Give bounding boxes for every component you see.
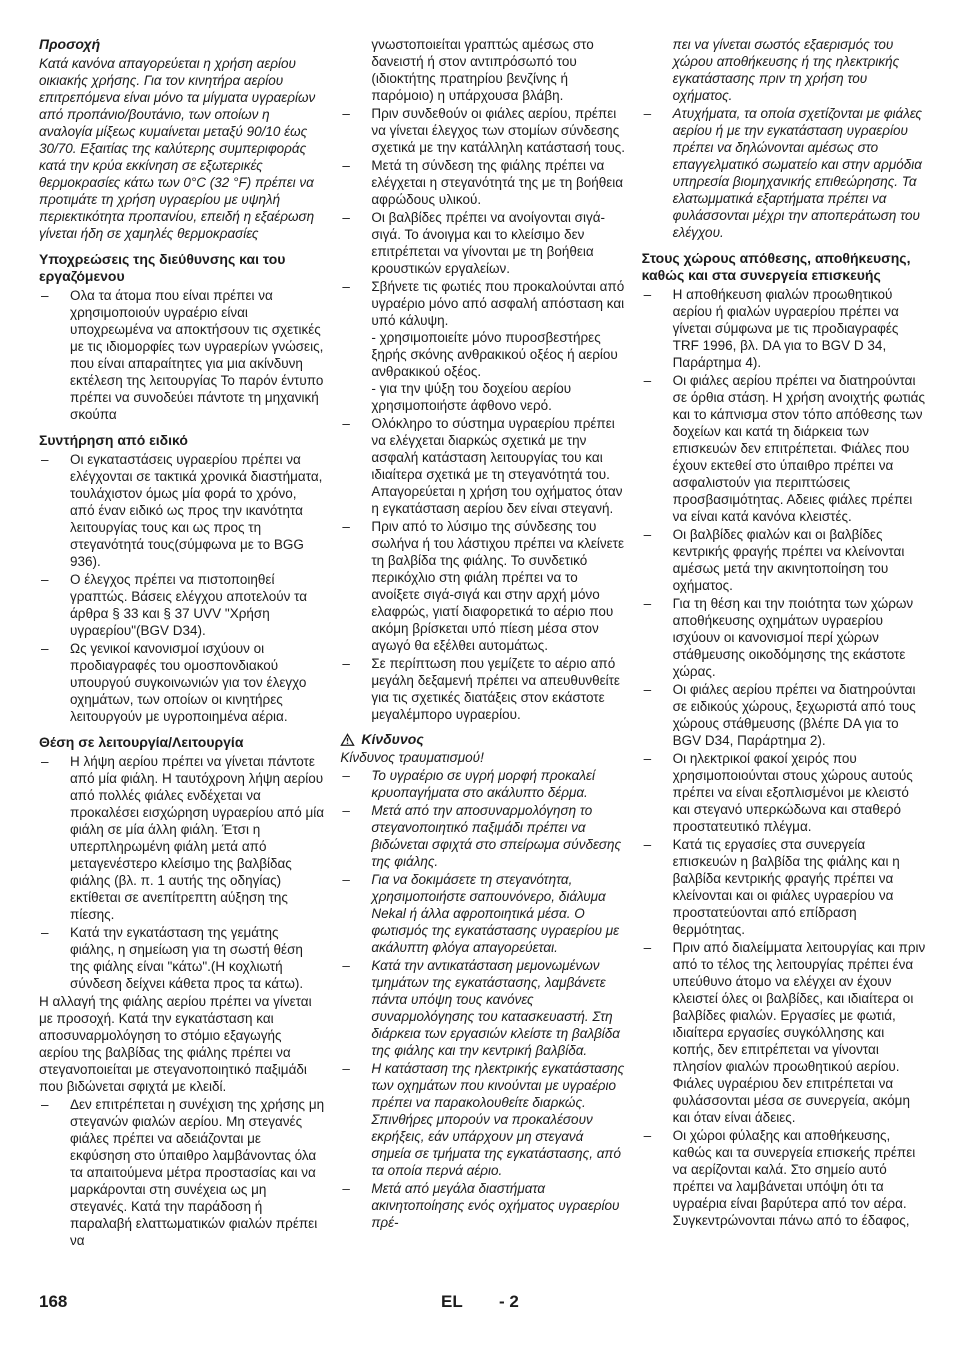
section-heading: Στους χώρους απόθεσης, αποθήκευσης, καθώ… [642, 250, 927, 284]
list-item-text: Για να δοκιμάσετε τη στεγανότητα, χρησιμ… [371, 872, 619, 955]
list-item-text: γνωστοποιείται γραπτώς αμέσως στο δανεισ… [371, 37, 593, 103]
section-heading: Συντήρηση από ειδικό [39, 432, 324, 449]
warning-triangle-icon [340, 733, 355, 747]
section-heading-label: Συντήρηση από ειδικό [39, 432, 188, 448]
text-column-1: ΠροσοχήΚατά κανόνα απαγορεύεται η χρήση … [39, 36, 324, 1250]
list-item: Ολα τα άτομα που είναι πρέπει να χρησιμο… [39, 287, 324, 423]
list-item: Ως γενικοί κανονισμοί ισχύουν οι προδιαγ… [39, 640, 324, 725]
section-heading-label: Υποχρεώσεις της διεύθυνσης και του εργαζ… [39, 251, 285, 284]
list-item-text: Σε περίπτωση που γεμίζετε το αέριο από μ… [371, 656, 620, 722]
list-item: Το υγραέριο σε υγρή μορφή προκαλεί κρυοπ… [340, 767, 625, 801]
list-item-text: Οι ηλεκτρικοί φακοί χειρός που χρησιμοπο… [673, 751, 913, 834]
list-item-text: Ολόκληρο το σύστημα υγραερίου πρέπει να … [371, 416, 622, 516]
text-column-3: πει να γίνεται σωστός εξαερισμός του χώρ… [642, 36, 927, 1250]
list-item-continuation: γνωστοποιείται γραπτώς αμέσως στο δανεισ… [340, 36, 625, 104]
list-item: Δεν επιτρέπεται η συνέχιση της χρήσης μη… [39, 1096, 324, 1249]
chapter-page-code: - 2 [499, 1292, 519, 1312]
list-item: Για τη θέση και την ποιότητα των χώρων α… [642, 595, 927, 680]
list-item: Μετά από μεγάλα διαστήματα ακινητοποίηση… [340, 1180, 625, 1231]
list-item-text: Για τη θέση και την ποιότητα των χώρων α… [673, 596, 914, 679]
list-item-text: Η κατάσταση της ηλεκτρικής εγκατάστασης … [371, 1061, 624, 1178]
list-item: Οι βαλβίδες φιαλών και οι βαλβίδες κεντρ… [642, 526, 927, 594]
paragraph: Η αλλαγή της φιάλης αερίου πρέπει να γίν… [39, 993, 324, 1095]
list-item-text: Ολα τα άτομα που είναι πρέπει να χρησιμο… [70, 288, 323, 422]
list-item: Κατά την αντικατάσταση μεμονωμένων τμημά… [340, 957, 625, 1059]
section-heading: Θέση σε λειτουργία/Λειτουργία [39, 734, 324, 751]
section-heading-label: Θέση σε λειτουργία/Λειτουργία [39, 734, 243, 750]
list-item: Κατά τις εργασίες στα συνεργεία επισκευώ… [642, 836, 927, 938]
list-item-text: Δεν επιτρέπεται η συνέχιση της χρήσης μη… [70, 1097, 324, 1248]
list-item-text: πει να γίνεται σωστός εξαερισμός του χώρ… [673, 37, 900, 103]
list-item-text: Πριν συνδεθούν οι φιάλες αερίου, πρέπει … [371, 106, 625, 155]
language-code: EL [441, 1292, 463, 1312]
list-item-text: Οι χώροι φύλαξης και αποθήκευσης, καθώς … [673, 1128, 916, 1228]
page-number: 168 [39, 1292, 67, 1312]
list-item: Οι εγκαταστάσεις υγραερίου πρέπει να ελέ… [39, 451, 324, 570]
page-footer: 168 EL - 2 [0, 1292, 954, 1318]
list-item-text: Μετά από μεγάλα διαστήματα ακινητοποίηση… [371, 1181, 619, 1230]
list-item: Η λήψη αερίου πρέπει να γίνεται πάντοτε … [39, 753, 324, 923]
list-item: Μετά τη σύνδεση της φιάλης πρέπει να ελέ… [340, 157, 625, 208]
list-item-text: Μετά από την αποσυναρμολόγηση το στεγανο… [371, 803, 621, 869]
list-item: Πριν από το λύσιμο της σύνδεσης του σωλή… [340, 518, 625, 654]
list-item-text: Οι φιάλες αερίου πρέπει να διατηρούνται … [673, 682, 916, 748]
list-item: Η αποθήκευση φιαλών προωθητικού αερίου ή… [642, 286, 927, 371]
list-item-text: Κατά την εγκατάσταση της γεμάτης φιάλης,… [70, 925, 303, 991]
page-content: ΠροσοχήΚατά κανόνα απαγορεύεται η χρήση … [39, 36, 927, 1250]
list-item-text: Ως γενικοί κανονισμοί ισχύουν οι προδιαγ… [70, 641, 306, 724]
list-item-text: Οι εγκαταστάσεις υγραερίου πρέπει να ελέ… [70, 452, 322, 569]
list-item: Μετά από την αποσυναρμολόγηση το στεγανο… [340, 802, 625, 870]
list-item: Ο έλεγχος πρέπει να πιστοποιηθεί γραπτώς… [39, 571, 324, 639]
list-item-text: Κατά την αντικατάσταση μεμονωμένων τμημά… [371, 958, 620, 1058]
list-item: Κατά την εγκατάσταση της γεμάτης φιάλης,… [39, 924, 324, 992]
attention-heading-label: Προσοχή [39, 36, 100, 52]
danger-heading: Κίνδυνος [340, 731, 625, 748]
list-item: Ατυχήματα, τα οποία σχετίζονται με φιάλε… [642, 105, 927, 241]
list-item: Η κατάσταση της ηλεκτρικής εγκατάστασης … [340, 1060, 625, 1179]
attention-heading: Προσοχή [39, 36, 324, 53]
list-item: Οι φιάλες αερίου πρέπει να διατηρούνται … [642, 681, 927, 749]
list-item: Για να δοκιμάσετε τη στεγανότητα, χρησιμ… [340, 871, 625, 956]
paragraph-italic: Κίνδυνος τραυματισμού! [340, 749, 625, 766]
list-item: Σβήνετε τις φωτιές που προκαλούνται από … [340, 278, 625, 414]
list-item-text: Ατυχήματα, τα οποία σχετίζονται με φιάλε… [673, 106, 922, 240]
list-item-text: Σβήνετε τις φωτιές που προκαλούνται από … [371, 279, 624, 413]
list-item-text: Πριν από το λύσιμο της σύνδεσης του σωλή… [371, 519, 624, 653]
paragraph-text: Η αλλαγή της φιάλης αερίου πρέπει να γίν… [39, 994, 312, 1094]
paragraph-text: Κίνδυνος τραυματισμού! [340, 750, 484, 765]
paragraph-text: Κατά κανόνα απαγορεύεται η χρήση αερίου … [39, 56, 315, 241]
list-item: Οι χώροι φύλαξης και αποθήκευσης, καθώς … [642, 1127, 927, 1229]
list-item: Ολόκληρο το σύστημα υγραερίου πρέπει να … [340, 415, 625, 517]
list-item-text: Η αποθήκευση φιαλών προωθητικού αερίου ή… [673, 287, 899, 370]
list-item-text: Οι βαλβίδες πρέπει να ανοίγονται σιγά-σι… [371, 210, 605, 276]
list-item-text: Κατά τις εργασίες στα συνεργεία επισκευώ… [673, 837, 900, 937]
list-item: Οι ηλεκτρικοί φακοί χειρός που χρησιμοπο… [642, 750, 927, 835]
list-item-text: Η λήψη αερίου πρέπει να γίνεται πάντοτε … [70, 754, 324, 922]
list-item-text: Πριν από διαλείμματα λειτουργίας και πρι… [673, 940, 926, 1125]
section-heading: Υποχρεώσεις της διεύθυνσης και του εργαζ… [39, 251, 324, 285]
list-item: Πριν από διαλείμματα λειτουργίας και πρι… [642, 939, 927, 1126]
danger-heading-label: Κίνδυνος [361, 731, 423, 748]
list-item: Οι βαλβίδες πρέπει να ανοίγονται σιγά-σι… [340, 209, 625, 277]
list-item: Σε περίπτωση που γεμίζετε το αέριο από μ… [340, 655, 625, 723]
list-item: Οι φιάλες αερίου πρέπει να διατηρούνται … [642, 372, 927, 525]
list-item-continuation: πει να γίνεται σωστός εξαερισμός του χώρ… [642, 36, 927, 104]
list-item-text: Το υγραέριο σε υγρή μορφή προκαλεί κρυοπ… [371, 768, 595, 800]
list-item: Πριν συνδεθούν οι φιάλες αερίου, πρέπει … [340, 105, 625, 156]
list-item-text: Οι βαλβίδες φιαλών και οι βαλβίδες κεντρ… [673, 527, 905, 593]
section-heading-label: Στους χώρους απόθεσης, αποθήκευσης, καθώ… [642, 250, 911, 283]
list-item-text: Μετά τη σύνδεση της φιάλης πρέπει να ελέ… [371, 158, 623, 207]
text-column-2: γνωστοποιείται γραπτώς αμέσως στο δανεισ… [340, 36, 625, 1250]
list-item-text: Ο έλεγχος πρέπει να πιστοποιηθεί γραπτώς… [70, 572, 307, 638]
manual-page: ΠροσοχήΚατά κανόνα απαγορεύεται η χρήση … [0, 0, 954, 1350]
paragraph-italic: Κατά κανόνα απαγορεύεται η χρήση αερίου … [39, 55, 324, 242]
list-item-text: Οι φιάλες αερίου πρέπει να διατηρούνται … [673, 373, 925, 524]
